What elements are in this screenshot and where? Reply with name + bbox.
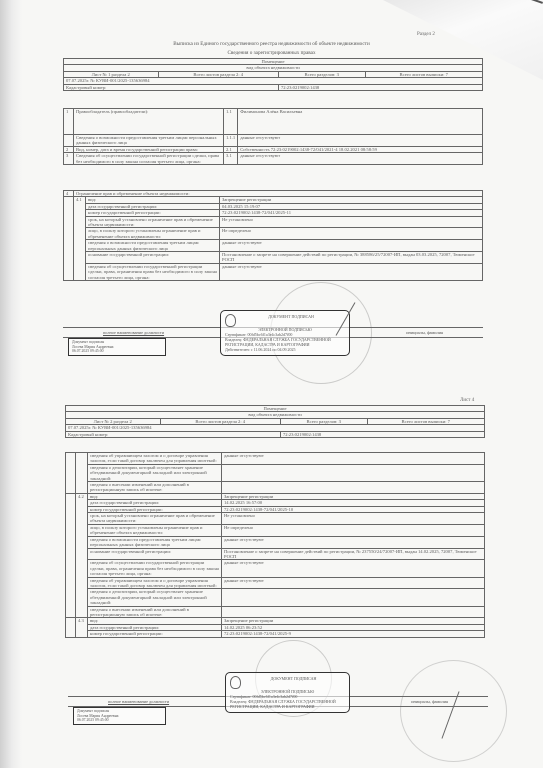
table-row: срок, на который установлено ограничение… <box>66 513 485 525</box>
row-label: Правообладатель (правообладатели): <box>74 109 224 135</box>
table-row: сведения о внесении изменений или дополн… <box>66 482 485 494</box>
row-label: основание государственной регистрации: <box>88 548 222 560</box>
section-spacer <box>66 618 76 637</box>
section-spacer <box>66 453 76 494</box>
row-number: 1 <box>64 109 74 135</box>
section-spacer <box>66 493 76 618</box>
stamp-line: Действителен: с 11.06.2024 по 04.09.2025 <box>225 347 345 352</box>
sheet1-signer-box: Документ подписан Лосева Мария Андреевна… <box>68 338 166 356</box>
document-title: Выписка из Единого государственного реес… <box>0 41 543 47</box>
row-value: данные отсутствуют <box>222 536 485 548</box>
row-subnumber: 1.1.1 <box>224 135 238 147</box>
stamp-line: РЕГИСТРАЦИИ, КАДАСТРА И КАРТОГРАФИИ <box>230 704 345 709</box>
row-label: сведения о депозитарии, который осуществ… <box>88 464 222 481</box>
corner-label: Раздел 2 <box>417 32 435 37</box>
name-label: инициалы, фамилия <box>411 699 448 704</box>
sheet1-e-signature-stamp: ДОКУМЕНТ ПОДПИСАН ЭЛЕКТРОННОЙ ПОДПИСЬЮ С… <box>220 310 350 356</box>
sheet2-header-table: Помещение вид объекта недвижимости Лист … <box>65 405 485 438</box>
row-subnumber: 4.3 <box>76 618 88 637</box>
table-row: сведения о возможности предоставления тр… <box>66 536 485 548</box>
row-label: сведения о внесении изменений или дополн… <box>88 606 222 618</box>
row-label: номер государственной регистрации: <box>88 631 222 637</box>
position-label: полное наименование должности <box>103 330 164 335</box>
table-row: сведения об управляющем залогом и о дого… <box>66 453 485 465</box>
sheet1-rights-table: 1 Правообладатель (правообладатели): 1.1… <box>63 108 483 165</box>
table-row: сведения о возможности предоставления тр… <box>64 240 483 252</box>
row-value: данные отсутствуют <box>222 560 485 577</box>
table-row: сведения об управляющем залогом и о дого… <box>66 577 485 589</box>
row-subnumber: 4.1 <box>74 197 86 281</box>
row-label: сведения об управляющем залогом и о дого… <box>88 453 222 465</box>
row-value: Филимонова Алёна Васильевна <box>238 109 483 135</box>
row-label: лицо, в пользу которого установлены огра… <box>86 228 220 240</box>
position-label: полное наименование должности <box>108 699 169 704</box>
row-label: срок, на который установлено ограничение… <box>86 216 220 228</box>
name-label: инициалы, фамилия <box>406 330 443 335</box>
row-value: данные отсутствуют <box>238 153 483 165</box>
row-subnumber: 1.1 <box>224 109 238 135</box>
row-value: Не определено <box>222 524 485 536</box>
row-value: Не установлено <box>220 216 483 228</box>
table-row: основание государственной регистрации:По… <box>66 548 485 560</box>
document-subtitle: Сведения о зарегистрированных правах <box>0 50 543 56</box>
sheet2-restrictions-table: сведения об управляющем залогом и о дого… <box>65 452 485 638</box>
cadastral-value: 72:23:0219002:1438 <box>278 84 482 90</box>
row-value: данные отсутствуют <box>238 135 483 147</box>
emblem-icon <box>230 676 241 689</box>
row-value <box>222 482 485 494</box>
table-row: сведения о депозитарии, который осуществ… <box>66 464 485 481</box>
stamp-line: ДОКУМЕНТ ПОДПИСАН <box>246 676 341 681</box>
table-row: сведения о депозитарии, который осуществ… <box>66 589 485 606</box>
table-row: срок, на который установлено ограничение… <box>64 216 483 228</box>
sheet-label: Лист 4 <box>460 398 474 403</box>
row-number <box>64 135 74 147</box>
row-value: данные отсутствуют <box>220 263 483 280</box>
row-value: 72:23:0219002:1438-72/041/2025-9 <box>222 631 485 637</box>
sheet1-header-table: Помещение вид объекта недвижимости Лист … <box>63 58 483 91</box>
table-row: сведения об осуществлении государственно… <box>66 560 485 577</box>
row-value: данные отсутствуют <box>222 577 485 589</box>
sheet2-e-signature-stamp: ДОКУМЕНТ ПОДПИСАН ЭЛЕКТРОННОЙ ПОДПИСЬЮ С… <box>225 672 350 713</box>
row-value <box>222 589 485 606</box>
row-label: сведения о возможности предоставления тр… <box>86 240 220 252</box>
sheet1-restrictions-table: 4 Ограничение прав и обременение объекта… <box>63 190 483 281</box>
row-value: данные отсутствуют <box>222 453 485 465</box>
row-number: 3 <box>64 153 74 165</box>
row-value: Не определено <box>220 228 483 240</box>
row-value: данные отсутствуют <box>220 240 483 252</box>
row-value <box>222 464 485 481</box>
emblem-icon <box>225 314 236 327</box>
section-spacer <box>64 197 74 281</box>
row-label: основание государственной регистрации: <box>86 252 220 264</box>
row-subnumber: 4.2 <box>76 493 88 618</box>
row-label: сведения о возможности предоставления тр… <box>88 536 222 548</box>
row-label: сведения о внесении изменений или дополн… <box>88 482 222 494</box>
row-value: Постановление о запрете на совершение де… <box>222 548 485 560</box>
signer-date: 06.07.2025 09:45:00 <box>77 718 162 723</box>
cadastral-label: Кадастровый номер: <box>64 84 279 90</box>
cadastral-label: Кадастровый номер: <box>66 431 281 437</box>
scanned-document-page: Раздел 2 Выписка из Единого государствен… <box>0 0 543 768</box>
row-label: Сведения об осуществлении государственно… <box>74 153 224 165</box>
table-row: сведения об осуществлении государственно… <box>64 263 483 280</box>
row-subnumber: 3.1 <box>224 153 238 165</box>
table-row: основание государственной регистрации:По… <box>64 252 483 264</box>
row-value: Не установлено <box>222 513 485 525</box>
row-label: лицо, в пользу которого установлены огра… <box>88 524 222 536</box>
row-value: Постановление о запрете на совершение де… <box>220 252 483 264</box>
signer-date: 06.07.2025 09:45:00 <box>72 349 162 354</box>
table-row: сведения о внесении изменений или дополн… <box>66 606 485 618</box>
row-label: срок, на который установлено ограничение… <box>88 513 222 525</box>
row-label: сведения о депозитарии, который осуществ… <box>88 589 222 606</box>
table-row: лицо, в пользу которого установлены огра… <box>66 524 485 536</box>
sheet2-signer-box: Документ подписан Лосева Мария Андреевна… <box>73 707 166 725</box>
cadastral-value: 72:23:0219002:1438 <box>280 431 484 437</box>
row-label: сведения об осуществлении государственно… <box>88 560 222 577</box>
row-value <box>222 606 485 618</box>
round-seal <box>400 660 507 762</box>
table-row: номер государственной регистрации:72:23:… <box>66 631 485 637</box>
stamp-line: ДОКУМЕНТ ПОДПИСАН <box>241 314 341 319</box>
table-row: лицо, в пользу которого установлены огра… <box>64 228 483 240</box>
row-subnumber <box>76 453 88 494</box>
row-label: Сведения о возможности предоставления тр… <box>74 135 224 147</box>
row-label: сведения об управляющем залогом и о дого… <box>88 577 222 589</box>
row-label: сведения об осуществлении государственно… <box>86 263 220 280</box>
